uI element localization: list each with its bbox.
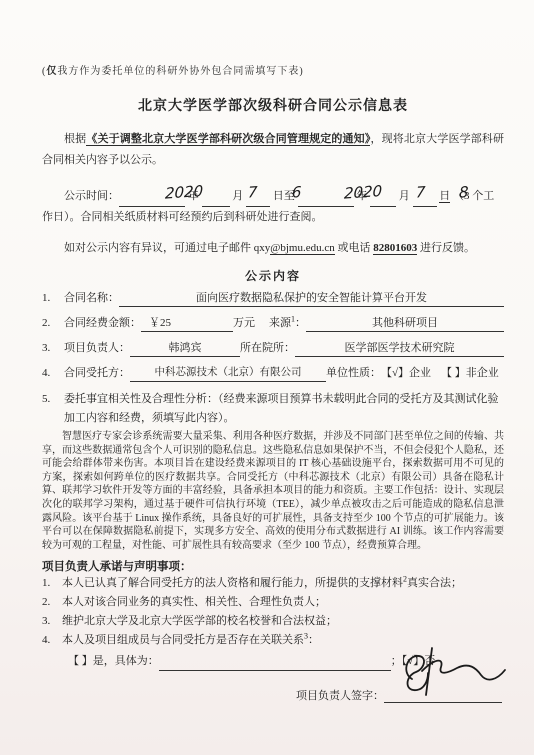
item-contract-name: 1. 合同名称： 面向医疗数据隐私保护的安全智能计算平台开发	[42, 290, 504, 307]
end-day-value: 8	[436, 186, 468, 200]
decl3-text: 维护北京大学及北京大学医学部的校名校誉和合法权益；	[62, 612, 504, 631]
declaration-item-3: 3. 维护北京大学及北京大学医学部的校名校誉和合法权益；	[42, 612, 504, 631]
checkbox-yes: 【 】是，具体为：	[68, 655, 159, 667]
institute-value: 医学部医学技术研究院	[345, 342, 455, 354]
decl2-number: 2.	[42, 593, 62, 612]
source-value: 其他科研项目	[372, 317, 438, 329]
leader-label: 项目负责人：	[64, 340, 130, 357]
declaration-item-1: 1. 本人已认真了解合同受托方的法人资格和履行能力，所提供的支撑材料2真实合法；	[42, 574, 504, 593]
analysis-paragraph: 智慧医疗专家会诊系统需要大量采集、利用各种医疗数据，并涉及不同部门甚至单位之间的…	[42, 430, 504, 552]
item3-number: 3.	[42, 340, 64, 357]
feedback-phone: 82801603	[373, 242, 417, 255]
page-title: 北京大学医学部次级科研合同公示信息表	[42, 95, 504, 115]
item4-number: 4.	[42, 365, 64, 382]
start-month-value: 7	[225, 186, 257, 200]
checkbox-company-checked: 【√】企业	[381, 365, 431, 382]
signature-label: 项目负责人签字：	[296, 687, 384, 703]
relation-detail-field	[159, 656, 391, 671]
start-year-value: 2020	[143, 185, 203, 201]
contractor-value: 中科芯源技术（北京）有限公司	[155, 367, 302, 378]
declaration-title: 项目负责人承诺与声明事项：	[42, 558, 504, 574]
feedback-suffix: 进行反馈。	[417, 242, 475, 254]
end-year-field: 2020	[298, 185, 354, 207]
source-label: 来源1：	[269, 315, 306, 332]
publicity-time-label: 公示时间：	[64, 190, 119, 202]
contract-name-field: 面向医疗数据隐私保护的安全智能计算平台开发	[119, 290, 504, 307]
feedback-prefix: 如对公示内容有异议，可通过电子邮件	[64, 242, 254, 254]
contractor-label: 合同受托方：	[64, 365, 130, 382]
scanned-form-page: (仅我方作为委托单位的科研外协外包合同需填写下表) 北京大学医学部次级科研合同公…	[0, 0, 534, 755]
publicity-content-list: 1. 合同名称： 面向医疗数据隐私保护的安全智能计算平台开发 2. 合同经费金额…	[42, 290, 504, 428]
decl1-post: 真实合法；	[407, 577, 462, 589]
feedback-email-domain: @bjmu.edu.cn	[270, 242, 335, 255]
analysis-heading-text: 委托事宜相关性及合理性分析：（经费来源项目预算书未载明此合同的受托方及其测试化验…	[64, 390, 504, 428]
regulation-title: 《关于调整北京大学医学部科研次级合同管理规定的通知》	[86, 133, 370, 146]
amount-unit: 万元	[233, 315, 255, 332]
start-year-field: 2020	[119, 185, 185, 207]
source-label-text: 来源	[269, 317, 291, 329]
item-contract-amount: 2. 合同经费金额： ￥25 万元 来源1： 其他科研项目	[42, 315, 504, 332]
top-note-rest: 我方作为委托单位的科研外协外包合同需填写下表)	[57, 66, 303, 77]
feedback-paragraph: 如对公示内容有异议，可通过电子邮件 qxy@bjmu.edu.cn 或电话 82…	[42, 238, 504, 259]
source-field: 其他科研项目	[306, 315, 504, 332]
amount-label: 合同经费金额：	[64, 315, 141, 332]
item-analysis-heading: 5. 委托事宜相关性及合理性分析：（经费来源项目预算书未载明此合同的受托方及其测…	[42, 390, 504, 428]
handwritten-signature	[378, 643, 510, 701]
leader-value: 韩鸿宾	[169, 342, 202, 354]
contract-name-value: 面向医疗数据隐私保护的安全智能计算平台开发	[196, 292, 427, 304]
top-note-bold: 仅	[46, 66, 57, 77]
item2-number: 2.	[42, 315, 64, 332]
source-colon: ：	[295, 317, 306, 329]
entity-type-label: 单位性质：	[326, 365, 381, 382]
item1-number: 1.	[42, 290, 64, 307]
checkbox-noncompany: 【 】非企业	[441, 365, 499, 382]
item-project-leader: 3. 项目负责人： 韩鸿宾 所在院所： 医学部医学技术研究院	[42, 340, 504, 357]
decl1-pre: 本人已认真了解合同受托方的法人资格和履行能力，所提供的支撑材料	[62, 577, 403, 589]
amount-field: ￥25	[141, 315, 233, 332]
decl1-number: 1.	[42, 574, 62, 593]
end-year-value: 2020	[321, 185, 381, 201]
contractor-field: 中科芯源技术（北京）有限公司	[130, 365, 326, 382]
amount-value: ￥25	[149, 317, 171, 329]
decl4-post: ：	[308, 634, 319, 646]
intro-prefix: 根据	[64, 133, 86, 145]
end-month-value: 7	[394, 186, 426, 200]
item5-number: 5.	[42, 390, 64, 428]
item-contractor: 4. 合同受托方： 中科芯源技术（北京）有限公司 单位性质： 【√】企业 【 】…	[42, 365, 504, 382]
institute-field: 医学部医学技术研究院	[295, 340, 504, 357]
institute-label: 所在院所：	[240, 340, 295, 357]
feedback-middle: 或电话	[335, 242, 374, 254]
decl4-number: 4.	[42, 631, 62, 650]
signature-row: 项目负责人签字：	[42, 687, 504, 703]
decl4-pre: 本人及项目组成员与合同受托方是否存在关联关系	[62, 634, 304, 646]
start-month-field: 7	[202, 185, 230, 207]
intro-paragraph: 根据《关于调整北京大学医学部科研次级合同管理规定的通知》，现将北京大学医学部科研…	[42, 129, 504, 171]
decl1-text: 本人已认真了解合同受托方的法人资格和履行能力，所提供的支撑材料2真实合法；	[62, 574, 504, 593]
decl3-number: 3.	[42, 612, 62, 631]
decl2-text: 本人对该合同业务的真实性、相关性、合理性负责人；	[62, 593, 504, 612]
publicity-time-paragraph: 公示时间：2020 年 7 月 6 日至 2020 年 7 月 8 日 （3 个…	[42, 185, 504, 228]
section-title: 公示内容	[42, 267, 504, 284]
feedback-email-user: qxy	[254, 242, 271, 254]
start-day-value: 6	[270, 186, 302, 200]
top-note: (仅我方作为委托单位的科研外协外包合同需填写下表)	[42, 62, 504, 77]
contract-name-label: 合同名称：	[64, 290, 119, 307]
declaration-item-2: 2. 本人对该合同业务的真实性、相关性、合理性负责人；	[42, 593, 504, 612]
leader-field: 韩鸿宾	[130, 340, 240, 357]
